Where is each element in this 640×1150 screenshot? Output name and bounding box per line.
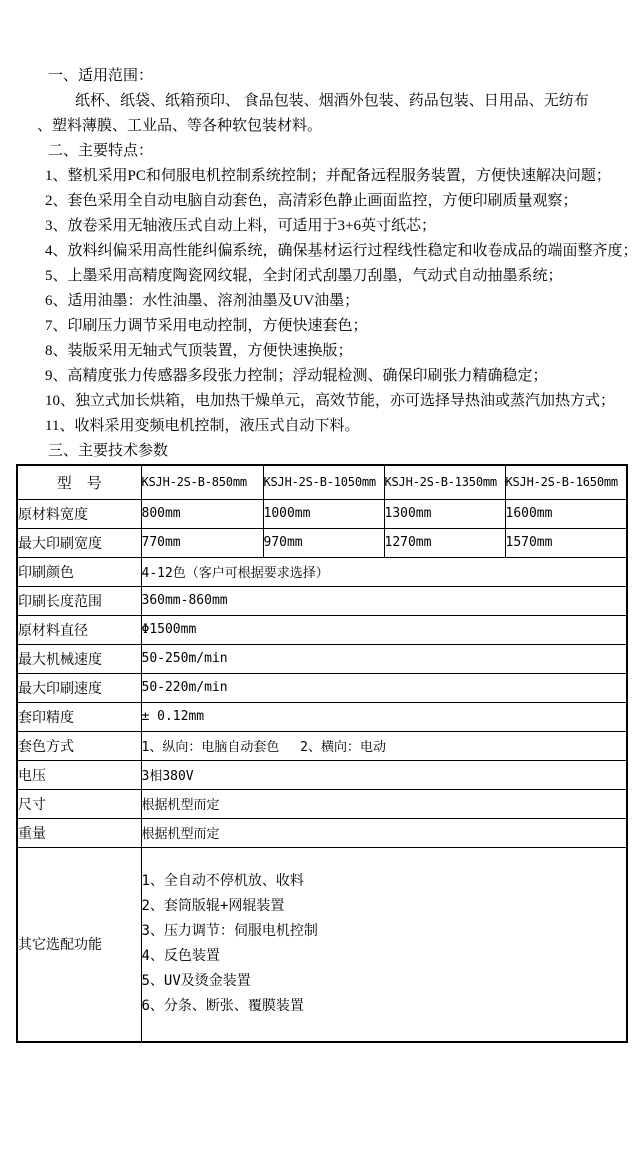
cell-value: 360mm-860mm <box>141 586 627 615</box>
specs-table: 型 号 KSJH-2S-B-850mm KSJH-2S-B-1050mm KSJ… <box>16 464 628 1043</box>
cell-value: 3相380V <box>141 760 627 789</box>
cell-value: 800mm <box>141 499 263 528</box>
scope-text-line1: 纸杯、纸袋、纸箱预印、 食品包装、烟酒外包装、药品包装、日用品、无纺布 <box>0 89 640 114</box>
option-item-2: 2、套筒版辊+网辊装置 <box>142 894 627 919</box>
cell-value: 1570mm <box>505 528 627 557</box>
cell-value: 50-220m/min <box>141 673 627 702</box>
model-name-1050: KSJH-2S-B-1050mm <box>263 465 384 499</box>
cell-value: 50-250m/min <box>141 644 627 673</box>
cell-value: 1600mm <box>505 499 627 528</box>
table-row-print-colors: 印刷颜色 4-12色（客户可根据要求选择） <box>17 557 627 586</box>
row-label: 套印精度 <box>17 702 141 731</box>
row-label: 印刷长度范围 <box>17 586 141 615</box>
section-scope-heading: 一、适用范围： <box>0 64 640 89</box>
table-row-weight: 重量 根据机型而定 <box>17 818 627 847</box>
feature-item-2: 2、套色采用全自动电脑自动套色，高清彩色静止画面监控，方便印刷质量观察； <box>0 189 640 214</box>
table-row-optional-features: 其它选配功能 1、全自动不停机放、收料 2、套筒版辊+网辊装置 3、压力调节：伺… <box>17 847 627 1042</box>
scope-text-line2: 、塑料薄膜、工业品、等各种软包装材料。 <box>0 114 640 139</box>
table-row-max-mechanical-speed: 最大机械速度 50-250m/min <box>17 644 627 673</box>
cell-value: 1300mm <box>384 499 505 528</box>
model-header-label: 型 号 <box>17 465 141 499</box>
cell-value: 1000mm <box>263 499 384 528</box>
option-item-5: 5、UV及烫金装置 <box>142 969 627 994</box>
cell-value: 1270mm <box>384 528 505 557</box>
cell-value: 770mm <box>141 528 263 557</box>
table-row-print-length-range: 印刷长度范围 360mm-860mm <box>17 586 627 615</box>
table-row-models: 型 号 KSJH-2S-B-850mm KSJH-2S-B-1050mm KSJ… <box>17 465 627 499</box>
row-label: 最大机械速度 <box>17 644 141 673</box>
row-label: 其它选配功能 <box>17 847 141 1042</box>
model-name-1650: KSJH-2S-B-1650mm <box>505 465 627 499</box>
table-row-material-diameter: 原材料直径 Φ1500mm <box>17 615 627 644</box>
row-label: 最大印刷速度 <box>17 673 141 702</box>
option-item-3: 3、压力调节：伺服电机控制 <box>142 919 627 944</box>
option-item-6: 6、分条、断张、覆膜装置 <box>142 994 627 1019</box>
row-label: 最大印刷宽度 <box>17 528 141 557</box>
row-label: 套色方式 <box>17 731 141 760</box>
row-label: 原材料直径 <box>17 615 141 644</box>
feature-item-5: 5、上墨采用高精度陶瓷网纹辊，全封闭式刮墨刀刮墨，气动式自动抽墨系统； <box>0 264 640 289</box>
row-label: 电压 <box>17 760 141 789</box>
cell-value: 970mm <box>263 528 384 557</box>
cell-value: 4-12色（客户可根据要求选择） <box>141 557 627 586</box>
table-row-max-print-speed: 最大印刷速度 50-220m/min <box>17 673 627 702</box>
model-name-850: KSJH-2S-B-850mm <box>141 465 263 499</box>
table-row-material-width: 原材料宽度 800mm 1000mm 1300mm 1600mm <box>17 499 627 528</box>
optional-features-cell: 1、全自动不停机放、收料 2、套筒版辊+网辊装置 3、压力调节：伺服电机控制 4… <box>141 847 627 1042</box>
row-label: 尺寸 <box>17 789 141 818</box>
cell-value: 根据机型而定 <box>141 818 627 847</box>
cell-value: Φ1500mm <box>141 615 627 644</box>
document-page: 一、适用范围： 纸杯、纸袋、纸箱预印、 食品包装、烟酒外包装、药品包装、日用品、… <box>0 0 640 1043</box>
option-item-1: 1、全自动不停机放、收料 <box>142 869 627 894</box>
row-label: 原材料宽度 <box>17 499 141 528</box>
section-features-heading: 二、主要特点： <box>0 139 640 164</box>
row-label: 印刷颜色 <box>17 557 141 586</box>
model-name-1350: KSJH-2S-B-1350mm <box>384 465 505 499</box>
table-row-max-print-width: 最大印刷宽度 770mm 970mm 1270mm 1570mm <box>17 528 627 557</box>
feature-item-3: 3、放卷采用无轴液压式自动上料，可适用于3+6英寸纸芯； <box>0 214 640 239</box>
feature-item-8: 8、装版采用无轴式气顶装置，方便快速换版； <box>0 339 640 364</box>
cell-value: 1、纵向：电脑自动套色 2、横向：电动 <box>141 731 627 760</box>
section-specs-heading: 三、主要技术参数 <box>0 439 640 464</box>
feature-item-4: 4、放料纠偏采用高性能纠偏系统，确保基材运行过程线性稳定和收卷成品的端面整齐度； <box>0 239 640 264</box>
feature-item-6: 6、适用油墨：水性油墨、溶剂油墨及UV油墨； <box>0 289 640 314</box>
table-row-register-accuracy: 套印精度 ± 0.12mm <box>17 702 627 731</box>
feature-item-1: 1、整机采用PC和伺服电机控制系统控制；并配备远程服务装置，方便快速解决问题； <box>0 164 640 189</box>
option-item-4: 4、反色装置 <box>142 944 627 969</box>
table-row-register-mode: 套色方式 1、纵向：电脑自动套色 2、横向：电动 <box>17 731 627 760</box>
feature-item-9: 9、高精度张力传感器多段张力控制；浮动辊检测、确保印刷张力精确稳定； <box>0 364 640 389</box>
cell-value: 根据机型而定 <box>141 789 627 818</box>
cell-value: ± 0.12mm <box>141 702 627 731</box>
feature-item-11: 11、收料采用变频电机控制，液压式自动下料。 <box>0 414 640 439</box>
row-label: 重量 <box>17 818 141 847</box>
feature-item-10: 10、独立式加长烘箱，电加热干燥单元，高效节能，亦可选择导热油或蒸汽加热方式； <box>0 389 640 414</box>
table-row-voltage: 电压 3相380V <box>17 760 627 789</box>
table-row-dimensions: 尺寸 根据机型而定 <box>17 789 627 818</box>
feature-item-7: 7、印刷压力调节采用电动控制，方便快速套色； <box>0 314 640 339</box>
